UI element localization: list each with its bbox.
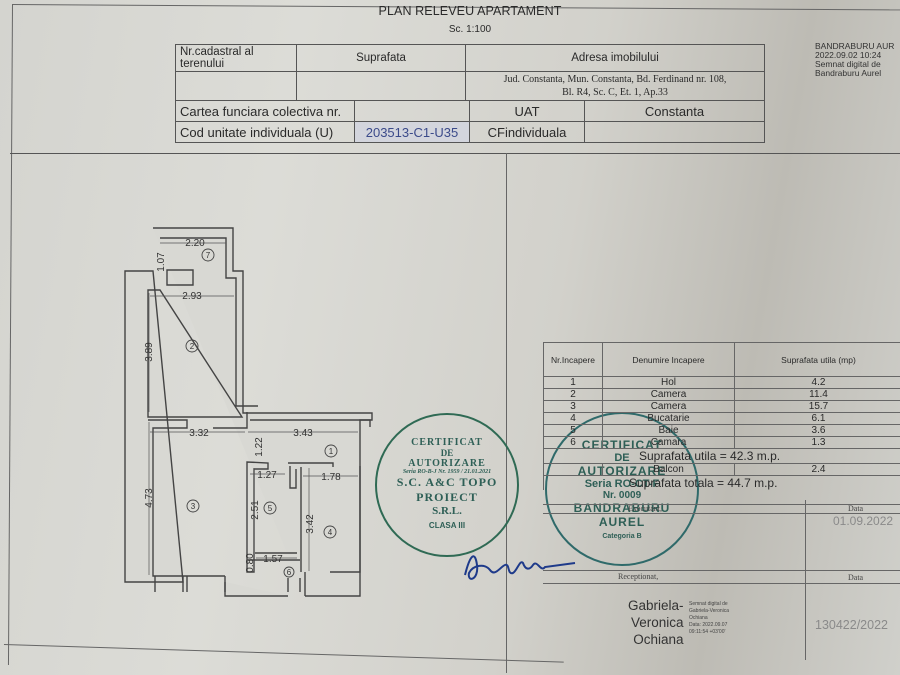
dimension-label: 3.42 xyxy=(305,514,316,534)
room-nr: 6 xyxy=(544,437,603,449)
dimension-label: 1.27 xyxy=(257,470,277,481)
stamp-line: S.R.L. xyxy=(377,505,517,517)
room-area: 4.2 xyxy=(735,377,900,389)
sig-line: Ochiana xyxy=(689,615,729,622)
company-stamp: CERTIFICAT DE AUTORIZARE Seria RO-B-J Nr… xyxy=(375,413,519,557)
room-area: 1.3 xyxy=(735,437,900,449)
balcony-nr xyxy=(544,464,603,476)
room-nr: 4 xyxy=(544,413,603,425)
room-marker-4: 4 xyxy=(328,528,333,537)
room-nr: 5 xyxy=(544,425,603,437)
table-row: 5Baie3.6 xyxy=(544,425,900,437)
table-row: 2Camera11.4 xyxy=(544,389,900,401)
dimension-label: 0.80 xyxy=(245,553,256,573)
header-suprafata-utila: Suprafata utila (mp) xyxy=(735,343,900,377)
dimension-label: 2.51 xyxy=(250,500,261,520)
dimension-label: 1.78 xyxy=(321,472,341,483)
sig-line: Data: 2022.09.07 xyxy=(689,622,729,629)
room-name: Hol xyxy=(603,377,735,389)
stamp-class: CLASA III xyxy=(377,521,517,530)
sig-line: Semnat digital de xyxy=(689,601,729,608)
useful-total: Suprafata utila = 42.3 m.p. xyxy=(544,449,900,464)
dimension-label: 2.93 xyxy=(182,291,202,302)
stamp-line: S.C. A&C TOPO xyxy=(377,475,517,490)
executant-date: 01.09.2022 xyxy=(833,514,893,528)
dimension-label: 1.57 xyxy=(263,554,283,565)
dimension-label: 3.89 xyxy=(144,342,155,362)
table-row: 4Bucatarie6.1 xyxy=(544,413,900,425)
total-area: Suprafata totala = 44.7 m.p. xyxy=(544,476,900,491)
table-row: 6Camara1.3 xyxy=(544,437,900,449)
receptionat-name: Gabriela- Veronica Ochiana xyxy=(628,597,684,648)
receptionat-number: 130422/2022 xyxy=(815,618,888,632)
header-denumire: Denumire Incapere xyxy=(603,343,735,377)
room-name: Camera xyxy=(603,401,735,413)
room-marker-6: 6 xyxy=(287,568,292,577)
room-nr: 2 xyxy=(544,389,603,401)
room-marker-1: 1 xyxy=(329,447,334,456)
room-marker-3: 3 xyxy=(191,502,196,511)
dimension-label: 1.07 xyxy=(156,252,167,272)
balcony-name: Balcon xyxy=(603,464,735,476)
table-row: 1Hol4.2 xyxy=(544,377,900,389)
room-name: Camara xyxy=(603,437,735,449)
room-area: 3.6 xyxy=(735,425,900,437)
receptionat-digital-signature: Semnat digital de Gabriela-Veronica Ochi… xyxy=(689,601,729,636)
table-row: 3Camera15.7 xyxy=(544,401,900,413)
balcony-area: 2.4 xyxy=(735,464,900,476)
room-name: Camera xyxy=(603,389,735,401)
stamp-line: AUTORIZARE xyxy=(377,458,517,469)
room-area: 15.7 xyxy=(735,401,900,413)
stamp-line: PROIECT xyxy=(377,490,517,505)
room-marker-5: 5 xyxy=(268,504,273,513)
room-name: Bucatarie xyxy=(603,413,735,425)
room-marker-7: 7 xyxy=(206,251,211,260)
signature-block: Executant, Data 01.09.2022 Receptionat, … xyxy=(543,500,900,660)
room-marker-2: 2 xyxy=(190,342,195,351)
room-table: Nr.Incapere Denumire Incapere Suprafata … xyxy=(543,342,900,490)
room-area: 11.4 xyxy=(735,389,900,401)
name-line: Veronica xyxy=(628,614,684,631)
receptionat-date-label: Data xyxy=(848,573,863,582)
room-nr: 3 xyxy=(544,401,603,413)
name-line: Gabriela- xyxy=(628,597,684,614)
room-nr: 1 xyxy=(544,377,603,389)
receptionat-label: Receptionat, xyxy=(618,572,658,581)
room-name: Baie xyxy=(603,425,735,437)
stamp-line: DE xyxy=(377,448,517,458)
header-nr: Nr.Incapere xyxy=(544,343,603,377)
dimension-label: 4.73 xyxy=(144,488,155,508)
stamp-line: CERTIFICAT xyxy=(377,437,517,448)
dimension-label: 3.43 xyxy=(293,428,313,439)
name-line: Ochiana xyxy=(628,631,684,648)
executant-date-label: Data xyxy=(848,504,863,513)
dimension-label: 3.32 xyxy=(189,428,209,439)
sig-line: 09:11:54 +03'00' xyxy=(689,629,729,636)
room-area: 6.1 xyxy=(735,413,900,425)
executant-label: Executant, xyxy=(628,504,662,513)
dimension-label: 1.22 xyxy=(254,437,265,457)
sig-line: Gabriela-Veronica xyxy=(689,608,729,615)
dimension-label: 2.20 xyxy=(185,238,205,249)
